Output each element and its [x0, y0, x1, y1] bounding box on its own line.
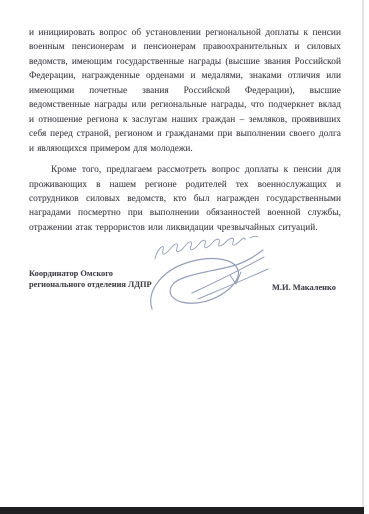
- paragraph-parents-proposal: Кроме того, предлагаем рассмотреть вопро…: [29, 163, 341, 235]
- signer-name: М.И. Макаленко: [272, 283, 336, 292]
- signer-role: Координатор Омского регионального отделе…: [29, 269, 152, 291]
- signer-role-line-2: регионального отделения ЛДПР: [29, 280, 152, 291]
- page-edge-line: [362, 0, 364, 514]
- handwritten-signature-icon: [140, 227, 275, 322]
- signer-role-line-1: Координатор Омского: [29, 269, 152, 280]
- scanned-letter-page: и инициировать вопрос об установлении ре…: [0, 0, 369, 514]
- paragraph-pension-supplement: и инициировать вопрос об установлении ре…: [29, 26, 341, 156]
- scanner-background-bar: [0, 507, 364, 514]
- letter-body: и инициировать вопрос об установлении ре…: [29, 26, 341, 235]
